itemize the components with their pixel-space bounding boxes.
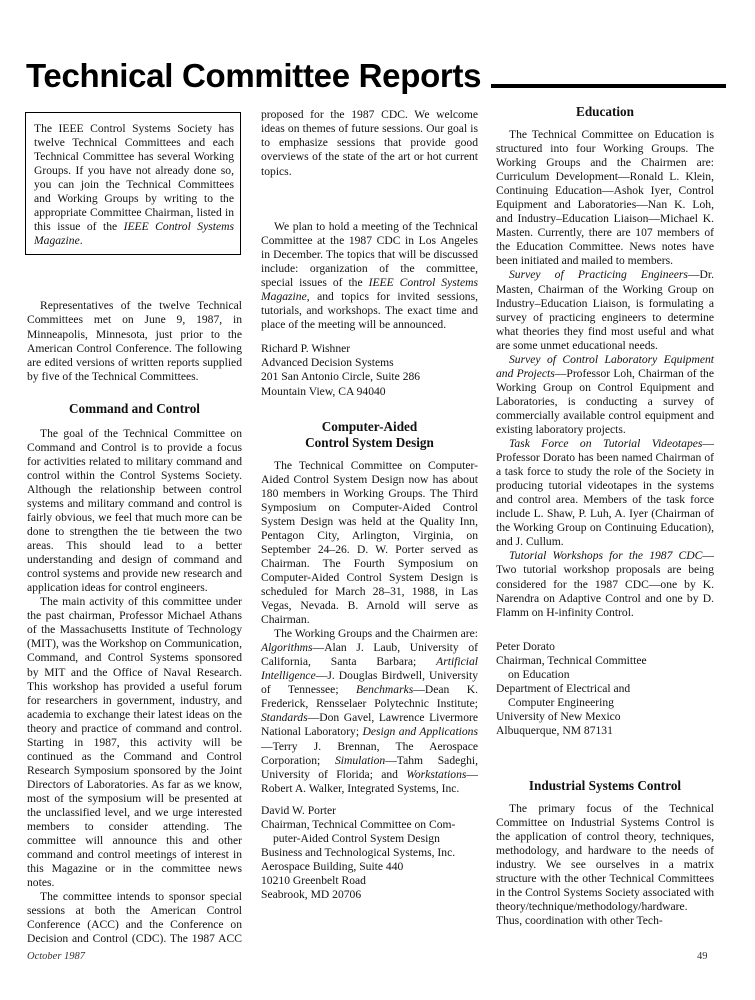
column-2: The committee intends to sponsor special… — [261, 108, 478, 902]
section-heading-command-control: Command and Control — [27, 401, 242, 417]
page-number: 49 — [697, 951, 708, 962]
column-3: Education The Technical Committee on Edu… — [496, 104, 714, 928]
paragraph: The primary focus of the Technical Commi… — [496, 802, 714, 928]
section-heading-cacsd: Computer-AidedControl System Design — [261, 419, 478, 451]
paragraph: Survey of Practicing Engineers—Dr. Maste… — [496, 268, 714, 352]
paragraph: The main activity of this committee unde… — [27, 595, 242, 890]
page-header: Technical Committee Reports — [26, 52, 726, 92]
signature-wishner: Richard P. Wishner Advanced Decision Sys… — [261, 342, 478, 398]
paragraph: The goal of the Technical Committee on C… — [27, 427, 242, 596]
paragraph: The Technical Committee on Computer-Aide… — [261, 459, 478, 628]
section-heading-education: Education — [496, 104, 714, 120]
working-groups-paragraph: The Working Groups and the Chairmen are:… — [261, 627, 478, 796]
signature-porter: David W. Porter Chairman, Technical Comm… — [261, 804, 478, 902]
paragraph-continued: The committee intends to sponsor special… — [261, 108, 478, 220]
signature-dorato: Peter Dorato Chairman, Technical Committ… — [496, 640, 714, 738]
title-rule — [491, 84, 726, 88]
paragraph: We plan to hold a meeting of the Technic… — [261, 220, 478, 332]
info-box: The IEEE Control Systems Society has twe… — [25, 112, 241, 255]
paragraph: Task Force on Tutorial Videotapes—Profes… — [496, 437, 714, 549]
paragraph: The Technical Committee on Education is … — [496, 128, 714, 268]
info-box-text: The IEEE Control Systems Society has twe… — [34, 122, 234, 248]
paragraph: The committee intends to sponsor special… — [27, 890, 242, 946]
paragraph: Tutorial Workshops for the 1987 CDC—Two … — [496, 549, 714, 619]
paragraph: Survey of Control Laboratory Equipment a… — [496, 353, 714, 437]
column-1: The IEEE Control Systems Society has twe… — [27, 108, 242, 946]
page-title: Technical Committee Reports — [26, 59, 481, 92]
section-heading-industrial: Industrial Systems Control — [496, 778, 714, 794]
issue-date: October 1987 — [27, 951, 85, 962]
intro-paragraph: Representatives of the twelve Technical … — [27, 299, 242, 383]
